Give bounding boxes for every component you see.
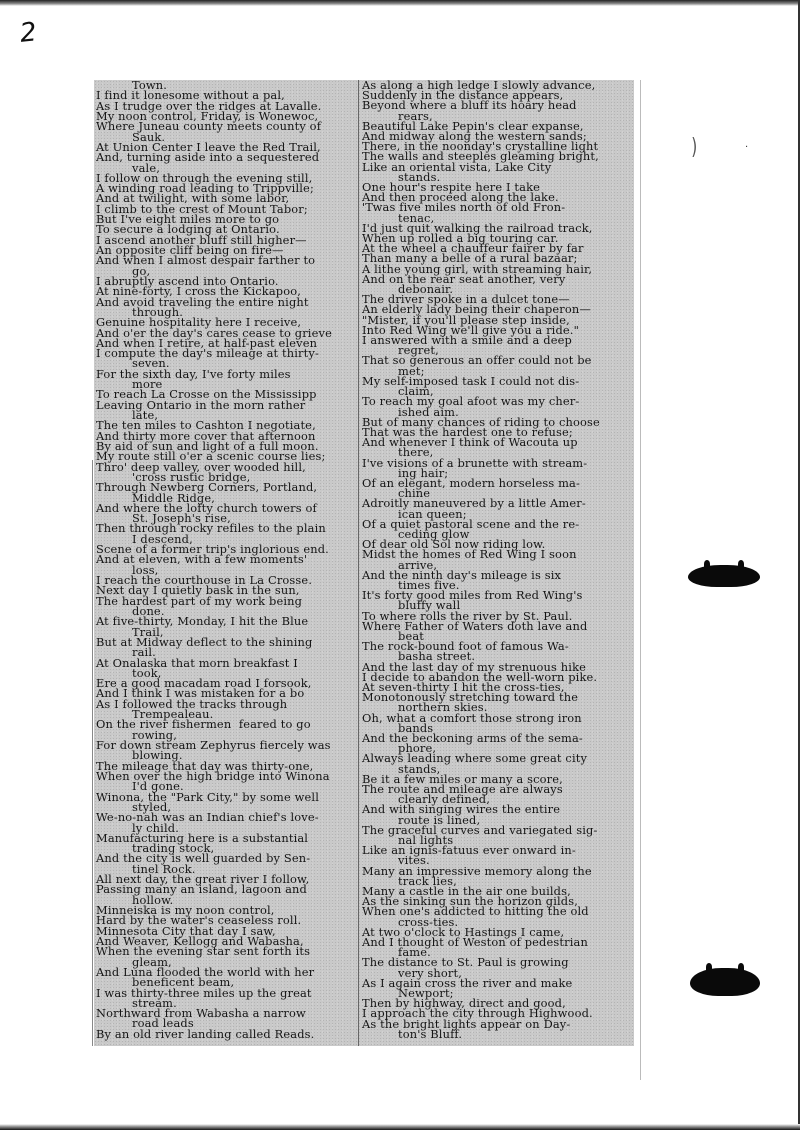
margin-dot-mark: · <box>745 142 748 153</box>
clipping-right-edge <box>640 80 641 1080</box>
poem-column-right: As along a high ledge I slowly advance,S… <box>362 80 632 1046</box>
margin-pencil-mark: ) <box>691 135 697 160</box>
scan-top-edge <box>0 0 800 6</box>
ink-blot-icon <box>690 968 760 996</box>
poem-column-left: Town.I find it lonesome without a pal,As… <box>96 80 358 1046</box>
newspaper-clipping: Town.I find it lonesome without a pal,As… <box>94 80 634 1046</box>
column-divider <box>358 80 359 1046</box>
poem-line: By an old river landing called Reads. <box>96 1029 358 1039</box>
clipping-left-edge <box>92 460 93 1046</box>
scan-bottom-edge <box>0 1124 800 1130</box>
ink-blot-icon <box>688 565 760 587</box>
handwritten-page-number: 2 <box>18 17 38 49</box>
